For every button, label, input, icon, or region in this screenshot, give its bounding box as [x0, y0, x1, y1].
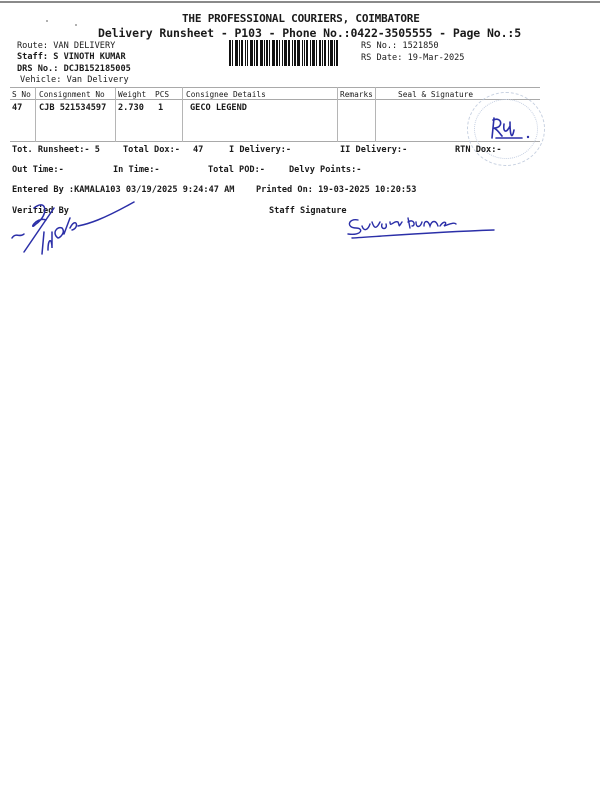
- i-delivery: I Delivery:-: [229, 145, 291, 155]
- column-header-remarks: Remarks: [340, 90, 373, 99]
- scan-speck: [46, 20, 48, 22]
- cell-weight: 2.730: [118, 103, 144, 113]
- page-top-border: [0, 1, 600, 3]
- column-divider: [115, 87, 116, 142]
- printed-on: Printed On: 19-03-2025 10:20:53: [256, 185, 416, 195]
- ii-delivery: II Delivery:-: [340, 145, 407, 155]
- cell-consignee: GECO LEGEND: [190, 103, 247, 113]
- total-pod: Total POD:-: [208, 165, 265, 175]
- receiver-signature-icon: [488, 116, 538, 146]
- table-bottom-border: [10, 141, 540, 142]
- rtn-dox: RTN Dox:-: [455, 145, 502, 155]
- runsheet-subtitle: Delivery Runsheet - P103 - Phone No.:042…: [98, 26, 521, 40]
- verifier-signature-icon: [6, 198, 138, 260]
- scan-speck: [75, 24, 77, 26]
- column-divider: [182, 87, 183, 142]
- delvy-points: Delvy Points:-: [289, 165, 361, 175]
- column-header-consignment-no: Consignment No: [39, 90, 105, 99]
- entered-by: Entered By :KAMALA103 03/19/2025 9:24:47…: [12, 185, 234, 195]
- barcode-icon: [229, 40, 351, 66]
- column-divider: [375, 87, 376, 142]
- total-dox-label: Total Dox:-: [123, 145, 180, 155]
- rs-number: RS No.: 1521850: [361, 41, 439, 51]
- staff-label: Staff: S VINOTH KUMAR: [17, 52, 126, 62]
- route-label: Route: VAN DELIVERY: [17, 41, 115, 51]
- column-divider: [35, 87, 36, 142]
- staff-signature-icon: [344, 214, 500, 242]
- drs-number: DRS No.: DCJB152185005: [17, 64, 131, 74]
- column-header-consignee-details: Consignee Details: [186, 90, 266, 99]
- cell-pcs: 1: [158, 103, 163, 113]
- column-header-weight: Weight: [118, 90, 146, 99]
- tot-runsheet: Tot. Runsheet:- 5: [12, 145, 100, 155]
- out-time: Out Time:-: [12, 165, 64, 175]
- column-header-s-no: S No: [12, 90, 31, 99]
- staff-signature-label: Staff Signature: [269, 206, 347, 216]
- cell-consignment-no: CJB 521534597: [39, 103, 106, 113]
- column-header-seal-signature: Seal & Signature: [398, 90, 473, 99]
- table-header-divider: [10, 99, 540, 100]
- column-header-pcs: PCS: [155, 90, 169, 99]
- rs-date: RS Date: 19-Mar-2025: [361, 53, 464, 63]
- total-dox-value: 47: [193, 145, 203, 155]
- vehicle-label: Vehicle: Van Delivery: [20, 75, 129, 85]
- table-top-border: [10, 87, 540, 88]
- cell-s-no: 47: [12, 103, 22, 113]
- company-title: THE PROFESSIONAL COURIERS, COIMBATORE: [182, 12, 420, 25]
- in-time: In Time:-: [113, 165, 160, 175]
- column-divider: [337, 87, 338, 142]
